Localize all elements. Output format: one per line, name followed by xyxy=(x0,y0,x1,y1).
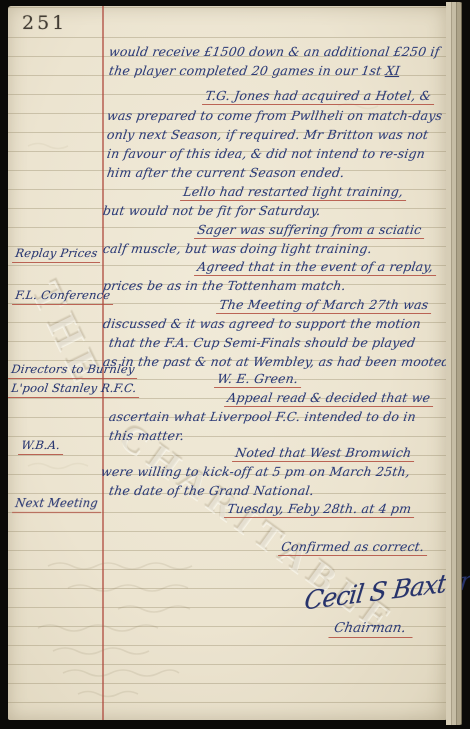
ink-underlined-word: XI xyxy=(385,63,401,78)
handwritten-line: The Meeting of March 27th was xyxy=(216,297,433,314)
handwritten-line: but would not be fit for Saturday. xyxy=(102,203,322,218)
handwritten-line: this matter. xyxy=(108,428,185,443)
handwritten-line: the player completed 20 games in our 1st… xyxy=(108,63,401,78)
margin-note: Replay Prices xyxy=(12,246,103,263)
chairman-signature: Cecil S Baxter xyxy=(303,565,470,615)
handwritten-line: that the F.A. Cup Semi-Finals should be … xyxy=(108,335,416,350)
handwritten-line: the date of the Grand National. xyxy=(108,483,315,498)
handwritten-line: Appeal read & decided that we xyxy=(224,390,435,407)
photo-background: { "page": { "number": "251", "ink_color"… xyxy=(0,0,470,729)
handwritten-line: ascertain what Liverpool F.C. intended t… xyxy=(108,409,417,424)
handwritten-line: Sager was suffering from a sciatic xyxy=(194,222,426,239)
margin-note: Next Meeting xyxy=(12,496,103,513)
handwritten-line: prices be as in the Tottenham match. xyxy=(102,278,347,293)
handwritten-line: calf muscle, but was doing light trainin… xyxy=(102,241,373,256)
handwritten-line: him after the current Season ended. xyxy=(106,165,346,180)
chairman-title: Chairman. xyxy=(328,620,415,638)
handwritten-line: W. E. Green. xyxy=(214,371,303,388)
handwritten-line: Agreed that in the event of a replay, xyxy=(194,259,438,276)
handwritten-line: were willing to kick-off at 5 pm on Marc… xyxy=(100,464,411,479)
handwritten-line: was prepared to come from Pwllheli on ma… xyxy=(106,108,443,123)
handwritten-line: discussed & it was agreed to support the… xyxy=(102,316,422,331)
margin-note: L'pool Stanley R.F.C. xyxy=(8,381,142,398)
handwritten-line: Noted that West Bromwich xyxy=(232,445,416,462)
handwritten-line: T.G. Jones had acquired a Hotel, & xyxy=(202,88,436,105)
handwritten-line: would receive £1500 down & an additional… xyxy=(108,44,441,59)
page-number: 251 xyxy=(22,12,67,34)
page-stack-edge xyxy=(457,2,462,725)
margin-note: F.L. Conference xyxy=(12,288,115,305)
handwritten-line: Lello had restarted light training, xyxy=(180,184,408,201)
ledger-page: 251 THE CHARITABLE Replay PricesF.L. Con… xyxy=(8,6,446,720)
handwritten-line: as in the past & not at Wembley, as had … xyxy=(102,354,455,369)
handwritten-line: only next Season, if required. Mr Britto… xyxy=(106,127,429,142)
margin-note: W.B.A. xyxy=(18,438,65,455)
handwritten-line: in favour of this idea, & did not intend… xyxy=(106,146,426,161)
handwritten-line: Confirmed as correct. xyxy=(278,539,429,556)
handwritten-line: Tuesday, Feby 28th. at 4 pm xyxy=(224,501,416,518)
